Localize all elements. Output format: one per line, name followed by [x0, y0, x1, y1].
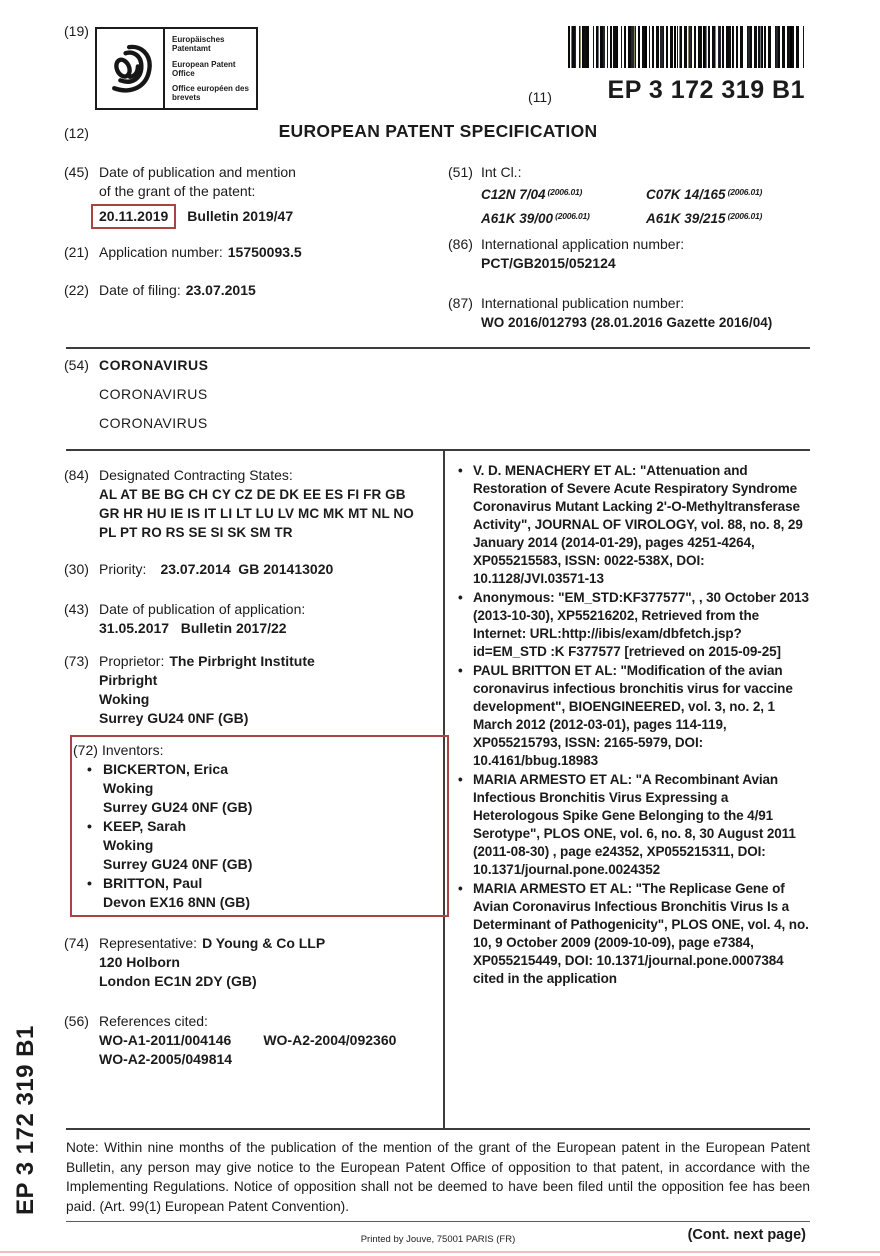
inventor-address-line: Surrey GU24 0NF (GB) [103, 855, 452, 874]
field-56-references-cited: (56) References cited: WO-A1-2011/004146… [64, 1012, 443, 1069]
inid-code-11: (11) [528, 88, 552, 107]
citation-item: V. D. MENACHERY ET AL: "Attenuation and … [456, 462, 812, 588]
application-number-label: Application number: [99, 243, 223, 262]
epo-logo-icon [102, 39, 158, 99]
continuation-notice: (Cont. next page) [556, 1227, 806, 1243]
inid-code-56: (56) [64, 1012, 99, 1069]
sidebar-publication-number: EP 3 172 319 B1 [12, 999, 42, 1215]
int-cl-entry: C12N 7/04(2006.01) [481, 183, 646, 204]
inid-code-30: (30) [64, 560, 99, 579]
inventor-name: BICKERTON, Erica [103, 760, 452, 779]
application-publication-value: 31.05.2017 Bulletin 2017/22 [99, 619, 305, 638]
non-patent-citations-column: V. D. MENACHERY ET AL: "Attenuation and … [456, 462, 812, 989]
proprietor-label: Proprietor: [99, 652, 164, 671]
reference-document: WO-A2-2005/049814 [99, 1050, 232, 1069]
inventor-address-line: Woking [103, 779, 452, 798]
proprietor-address-line: Pirbright [99, 671, 315, 690]
representative-address-line: London EC1N 2DY (GB) [99, 972, 325, 991]
horizontal-rule-above-note [66, 1128, 810, 1130]
reference-document: WO-A1-2011/004146 [99, 1031, 231, 1050]
representative-label: Representative: [99, 934, 197, 953]
reference-document: WO-A2-2004/092360 [263, 1031, 396, 1050]
application-number-value: 15750093.5 [228, 243, 302, 262]
int-cl-grid: C12N 7/04(2006.01) C07K 14/165(2006.01) … [481, 183, 762, 228]
field-87-int-publication: (87) International publication number: W… [448, 294, 812, 332]
inid-code-54-spacer [64, 414, 99, 433]
citation-list: V. D. MENACHERY ET AL: "Attenuation and … [456, 462, 812, 988]
bottom-scan-artifact-line [0, 1251, 880, 1253]
field-30-priority: (30) Priority: 23.07.2014 GB 201413020 [64, 560, 443, 579]
citation-item: MARIA ARMESTO ET AL: "The Replicase Gene… [456, 880, 812, 988]
proprietor-address-line: Surrey GU24 0NF (GB) [99, 709, 315, 728]
invention-title-en: CORONAVIRUS [99, 356, 208, 375]
int-publication-label: International publication number: [481, 294, 772, 313]
inid-code-43: (43) [64, 600, 99, 638]
inventor-item: KEEP, Sarah Woking Surrey GU24 0NF (GB) [73, 817, 452, 874]
int-cl-label: Int Cl.: [481, 163, 762, 182]
inid-code-73: (73) [64, 652, 99, 728]
proprietor-address-line: Woking [99, 690, 315, 709]
highlight-box-grant-date: 20.11.2019 [91, 204, 176, 229]
inid-code-54: (54) [64, 356, 99, 375]
inventor-item: BRITTON, Paul Devon EX16 8NN (GB) [73, 874, 452, 912]
field-72-inventors: (72) Inventors: BICKERTON, Erica Woking … [73, 741, 452, 912]
inid-code-19: (19) [64, 22, 89, 41]
citation-item: Anonymous: "EM_STD:KF377577", , 30 Octob… [456, 589, 812, 661]
field-22-filing-date: (22) Date of filing: 23.07.2015 [64, 281, 446, 300]
citation-item: PAUL BRITTON ET AL: "Modification of the… [456, 662, 812, 770]
designated-states-label: Designated Contracting States: [99, 466, 414, 485]
inid-code-21: (21) [64, 243, 99, 262]
representative-name: D Young & Co LLP [202, 934, 325, 953]
field-74-representative: (74) Representative: D Young & Co LLP 12… [64, 934, 443, 991]
inventor-address-line: Woking [103, 836, 452, 855]
inid-code-87: (87) [448, 294, 481, 332]
inid-code-84: (84) [64, 466, 99, 542]
field-43-publication-of-application: (43) Date of publication of application:… [64, 600, 443, 638]
field-45-grant-date: (45) Date of publication and mention of … [64, 163, 446, 229]
invention-title-de: CORONAVIRUS [99, 385, 208, 404]
field-21-application-number: (21) Application number: 15750093.5 [64, 243, 446, 262]
grant-date-label-line1: Date of publication and mention [99, 163, 296, 182]
field-54-title: (54) CORONAVIRUS CORONAVIRUS CORONAVIRUS [64, 356, 664, 443]
priority-label: Priority: [99, 560, 146, 579]
opposition-note: Note: Within nine months of the publicat… [66, 1138, 810, 1216]
filing-date-value: 23.07.2015 [186, 281, 256, 300]
designated-states-line: PL PT RO RS SE SI SK SM TR [99, 523, 414, 542]
epo-label-en: European Patent Office [172, 60, 254, 78]
epo-label-de: Europäisches Patentamt [172, 35, 254, 53]
grant-bulletin: Bulletin 2019/47 [187, 207, 293, 226]
field-86-int-application: (86) International application number: P… [448, 235, 812, 273]
inid-code-22: (22) [64, 281, 99, 300]
int-application-value: PCT/GB2015/052124 [481, 254, 684, 273]
field-84-designated-states: (84) Designated Contracting States: AL A… [64, 466, 443, 542]
inventor-address-line: Devon EX16 8NN (GB) [103, 893, 452, 912]
epo-label-fr: Office européen des brevets [172, 84, 254, 102]
inventor-address-line: Surrey GU24 0NF (GB) [103, 798, 452, 817]
citation-item: MARIA ARMESTO ET AL: "A Recombinant Avia… [456, 771, 812, 879]
epo-logo-box: Europäisches Patentamt European Patent O… [95, 27, 258, 110]
grant-date-label-line2: of the grant of the patent: [99, 182, 296, 201]
barcode-image [568, 26, 805, 68]
inid-code-86: (86) [448, 235, 481, 273]
inid-code-74: (74) [64, 934, 99, 991]
int-cl-entry: A61K 39/215(2006.01) [646, 207, 762, 228]
proprietor-name: The Pirbright Institute [169, 652, 314, 671]
patent-front-page: (19) Europäisches Patentamt European Pat… [0, 0, 880, 1256]
invention-title-fr: CORONAVIRUS [99, 414, 208, 433]
inventor-name: BRITTON, Paul [103, 874, 452, 893]
epo-logo-cell [97, 29, 165, 108]
priority-value: 23.07.2014 GB 201413020 [160, 560, 333, 579]
horizontal-rule-below-note [66, 1221, 810, 1222]
int-cl-entry: C07K 14/165(2006.01) [646, 183, 762, 204]
references-cited-label: References cited: [99, 1012, 396, 1031]
field-73-proprietor: (73) Proprietor: The Pirbright Institute… [64, 652, 443, 728]
inid-code-51: (51) [448, 163, 481, 228]
field-51-int-cl: (51) Int Cl.: C12N 7/04(2006.01) C07K 14… [448, 163, 812, 228]
inid-code-72: (72) [73, 741, 102, 760]
inventors-label: Inventors: [102, 741, 163, 760]
designated-states-line: GR HR HU IE IS IT LI LT LU LV MC MK MT N… [99, 504, 414, 523]
int-cl-entry: A61K 39/00(2006.01) [481, 207, 646, 228]
inventor-name: KEEP, Sarah [103, 817, 452, 836]
int-application-label: International application number: [481, 235, 684, 254]
designated-states-line: AL AT BE BG CH CY CZ DE DK EE ES FI FR G… [99, 485, 414, 504]
inventors-list: BICKERTON, Erica Woking Surrey GU24 0NF … [73, 760, 452, 912]
document-type-title: EUROPEAN PATENT SPECIFICATION [66, 121, 810, 142]
application-publication-label: Date of publication of application: [99, 600, 305, 619]
publication-number: EP 3 172 319 B1 [557, 76, 805, 104]
inventor-item: BICKERTON, Erica Woking Surrey GU24 0NF … [73, 760, 452, 817]
epo-logo-labels: Europäisches Patentamt European Patent O… [165, 29, 256, 108]
left-bibliographic-column: (84) Designated Contracting States: AL A… [64, 450, 443, 1130]
filing-date-label: Date of filing: [99, 281, 181, 300]
representative-address-line: 120 Holborn [99, 953, 325, 972]
int-publication-value: WO 2016/012793 (28.01.2016 Gazette 2016/… [481, 313, 772, 332]
inid-code-54-spacer [64, 385, 99, 404]
horizontal-rule-top [66, 347, 810, 349]
